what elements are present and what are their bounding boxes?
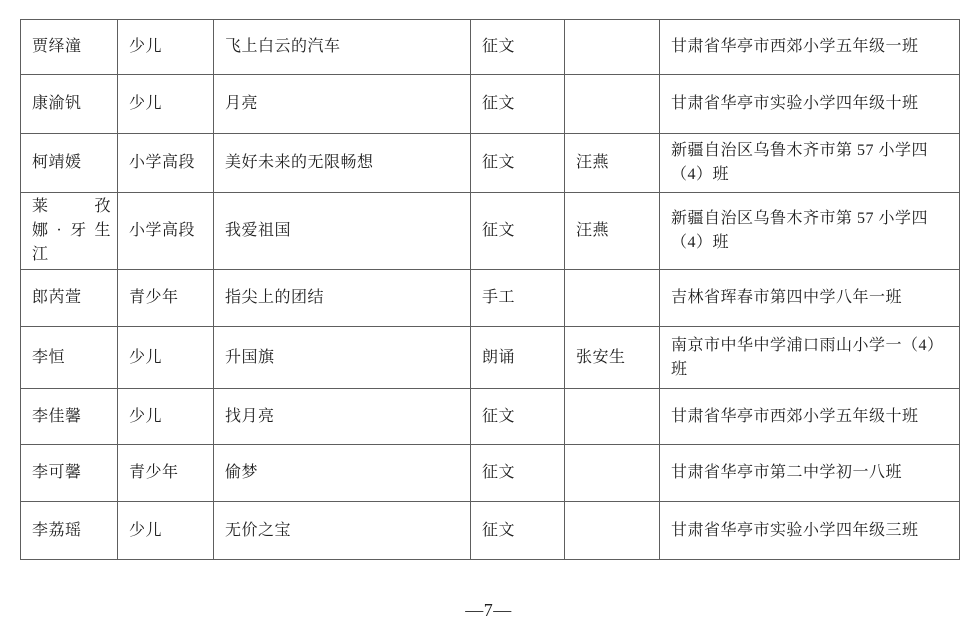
cell-mentor: 汪燕 <box>565 193 660 270</box>
cell-entry-type: 征文 <box>471 502 565 560</box>
cell-school: 吉林省珲春市第四中学八年一班 <box>660 270 960 327</box>
cell-work-title: 找月亮 <box>214 389 471 445</box>
cell-entry-type: 征文 <box>471 20 565 75</box>
cell-age-group: 少儿 <box>118 502 214 560</box>
table-row: 李佳馨 少儿 找月亮 征文 甘肃省华亭市西郊小学五年级十班 <box>21 389 960 445</box>
cell-mentor <box>565 270 660 327</box>
cell-entry-type: 征文 <box>471 445 565 502</box>
page-number: —7— <box>0 600 977 621</box>
cell-work-title: 飞上白云的汽车 <box>214 20 471 75</box>
table-row: 莱孜娜·牙生江 小学高段 我爱祖国 征文 汪燕 新疆自治区乌鲁木齐市第 57 小… <box>21 193 960 270</box>
cell-work-title: 美好未来的无限畅想 <box>214 134 471 193</box>
cell-school: 甘肃省华亭市第二中学初一八班 <box>660 445 960 502</box>
cell-mentor <box>565 75 660 134</box>
awards-table: 贾绎潼 少儿 飞上白云的汽车 征文 甘肃省华亭市西郊小学五年级一班 康渝钒 少儿… <box>20 19 960 560</box>
cell-entry-type: 征文 <box>471 75 565 134</box>
table-row: 李荔瑶 少儿 无价之宝 征文 甘肃省华亭市实验小学四年级三班 <box>21 502 960 560</box>
cell-age-group: 小学高段 <box>118 134 214 193</box>
cell-school: 新疆自治区乌鲁木齐市第 57 小学四（4）班 <box>660 193 960 270</box>
cell-school: 甘肃省华亭市实验小学四年级十班 <box>660 75 960 134</box>
cell-work-title: 月亮 <box>214 75 471 134</box>
cell-name: 康渝钒 <box>21 75 118 134</box>
cell-mentor: 张安生 <box>565 327 660 389</box>
table-row: 柯靖媛 小学高段 美好未来的无限畅想 征文 汪燕 新疆自治区乌鲁木齐市第 57 … <box>21 134 960 193</box>
table-row: 李可馨 青少年 偷梦 征文 甘肃省华亭市第二中学初一八班 <box>21 445 960 502</box>
cell-name: 柯靖媛 <box>21 134 118 193</box>
cell-entry-type: 征文 <box>471 134 565 193</box>
cell-age-group: 少儿 <box>118 20 214 75</box>
cell-name: 郎芮萱 <box>21 270 118 327</box>
cell-school: 甘肃省华亭市西郊小学五年级一班 <box>660 20 960 75</box>
cell-work-title: 偷梦 <box>214 445 471 502</box>
table-row: 贾绎潼 少儿 飞上白云的汽车 征文 甘肃省华亭市西郊小学五年级一班 <box>21 20 960 75</box>
cell-work-title: 升国旗 <box>214 327 471 389</box>
cell-name: 李荔瑶 <box>21 502 118 560</box>
document-page: 贾绎潼 少儿 飞上白云的汽车 征文 甘肃省华亭市西郊小学五年级一班 康渝钒 少儿… <box>0 0 977 633</box>
cell-mentor: 汪燕 <box>565 134 660 193</box>
cell-age-group: 小学高段 <box>118 193 214 270</box>
cell-mentor <box>565 20 660 75</box>
cell-name: 李可馨 <box>21 445 118 502</box>
cell-mentor <box>565 389 660 445</box>
cell-entry-type: 朗诵 <box>471 327 565 389</box>
cell-mentor <box>565 502 660 560</box>
cell-age-group: 少儿 <box>118 75 214 134</box>
cell-work-title: 我爱祖国 <box>214 193 471 270</box>
table-row: 李恒 少儿 升国旗 朗诵 张安生 南京市中华中学浦口雨山小学一（4）班 <box>21 327 960 389</box>
table-row: 郎芮萱 青少年 指尖上的团结 手工 吉林省珲春市第四中学八年一班 <box>21 270 960 327</box>
cell-school: 南京市中华中学浦口雨山小学一（4）班 <box>660 327 960 389</box>
table-row: 康渝钒 少儿 月亮 征文 甘肃省华亭市实验小学四年级十班 <box>21 75 960 134</box>
cell-entry-type: 征文 <box>471 389 565 445</box>
cell-mentor <box>565 445 660 502</box>
cell-school: 甘肃省华亭市西郊小学五年级十班 <box>660 389 960 445</box>
cell-school: 甘肃省华亭市实验小学四年级三班 <box>660 502 960 560</box>
cell-age-group: 少儿 <box>118 389 214 445</box>
cell-age-group: 少儿 <box>118 327 214 389</box>
cell-school: 新疆自治区乌鲁木齐市第 57 小学四（4）班 <box>660 134 960 193</box>
cell-name: 贾绎潼 <box>21 20 118 75</box>
cell-entry-type: 征文 <box>471 193 565 270</box>
cell-age-group: 青少年 <box>118 445 214 502</box>
cell-name: 李佳馨 <box>21 389 118 445</box>
cell-name: 李恒 <box>21 327 118 389</box>
cell-name: 莱孜娜·牙生江 <box>21 193 118 270</box>
cell-entry-type: 手工 <box>471 270 565 327</box>
cell-age-group: 青少年 <box>118 270 214 327</box>
cell-work-title: 无价之宝 <box>214 502 471 560</box>
cell-work-title: 指尖上的团结 <box>214 270 471 327</box>
